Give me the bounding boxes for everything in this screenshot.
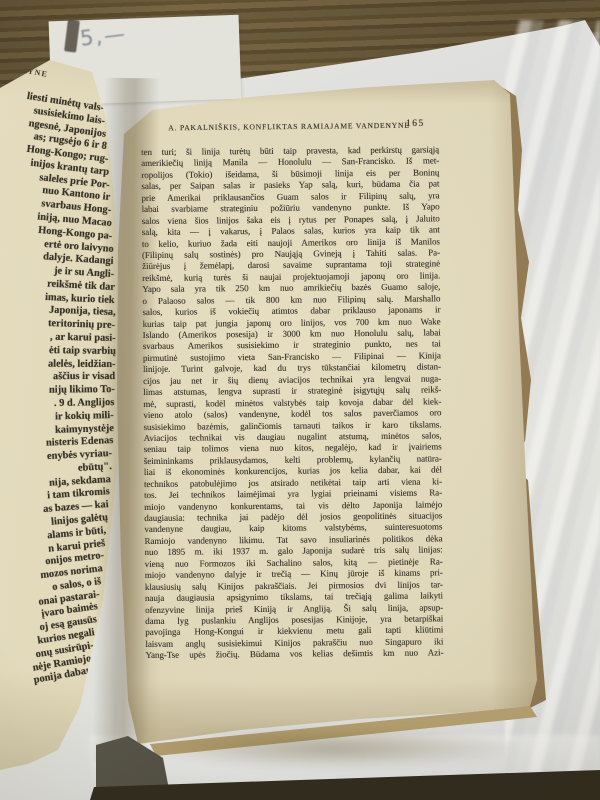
page-number: 165 [406, 119, 425, 129]
body-text: ten turi; ši linija turėtų būti taip pra… [141, 144, 443, 661]
book-photo: 5,— NDENYNE liesti minėtų vals-susisieki… [0, 0, 600, 800]
gutter-shadow [92, 78, 160, 763]
book-bottom-shadow [120, 728, 550, 778]
